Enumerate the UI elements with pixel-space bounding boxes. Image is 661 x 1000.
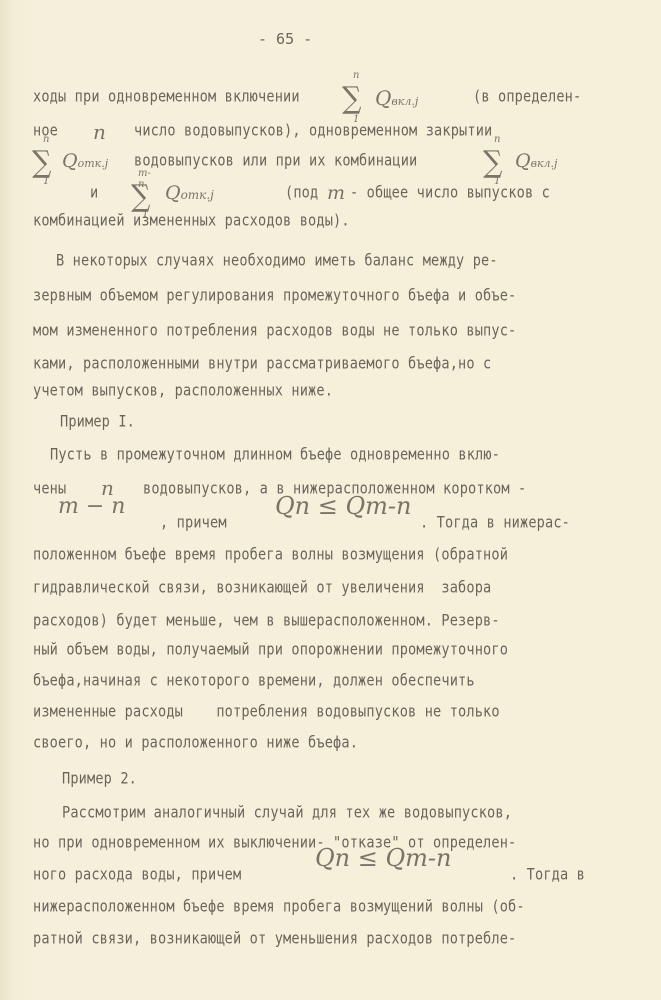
document-page: - 65 - ходы при одновременном включении … xyxy=(0,0,661,1000)
sum-formula: m-n ∑ 1 xyxy=(130,170,151,212)
text-line: нижерасположенном бъефе время пробега во… xyxy=(33,900,525,916)
text-line: ный объем воды, получаемый при опорожнен… xyxy=(33,643,508,659)
text-line: гидравлической связи, возникающей от уве… xyxy=(33,581,491,597)
sigma-icon: ∑ xyxy=(483,148,502,178)
example-heading: Пример 2. xyxy=(62,772,137,788)
text-line: бъефа,начиная с некоторого времени, долж… xyxy=(33,674,475,690)
sum-formula: n ∑ 1 xyxy=(341,70,362,114)
text-line: число водовыпусков), одновременном закры… xyxy=(134,124,492,140)
formula-inequality: Qn ≤ Qm-n xyxy=(315,844,452,872)
text-line: Пусть в промежуточном длинном бъефе одно… xyxy=(50,448,500,464)
formula-term: Qотк.j xyxy=(62,150,108,172)
text-line: . Тогда в xyxy=(510,868,585,884)
text-line: ного расхода воды, причем xyxy=(33,868,241,884)
variable-m: m xyxy=(327,182,345,204)
formula-term: Qотк.j xyxy=(165,182,214,204)
text-line: ратной связи, возникающей от уменьшения … xyxy=(33,932,516,948)
text-line: и xyxy=(90,186,98,202)
sigma-icon: ∑ xyxy=(131,182,150,212)
text-line: Рассмотрим аналогичный случай для тех же… xyxy=(62,806,512,822)
text-line: комбинацией измененных расходов воды). xyxy=(33,214,350,230)
variable-n: n xyxy=(93,120,106,144)
text-line: водовыпусков или при их комбинации xyxy=(134,154,417,170)
formula-term: Qвкл.j xyxy=(515,150,557,172)
formula-term: Qвкл.j xyxy=(375,86,418,110)
text-line: (под xyxy=(285,186,318,202)
text-line: ходы при одновременном включении xyxy=(33,90,300,106)
text-line: своего, но и расположенного ниже бъефа. xyxy=(33,736,358,752)
example-heading: Пример I. xyxy=(60,415,135,431)
page-number: - 65 - xyxy=(258,30,312,48)
text-line: измененные расходы потребления водовыпус… xyxy=(33,705,500,721)
text-line: . Тогда в нижерас- xyxy=(420,516,570,532)
text-line: (в определен- xyxy=(473,90,581,106)
text-line: В некоторых случаях необходимо иметь бал… xyxy=(56,254,498,270)
text-line: расходов) будет меньше, чем в вышераспол… xyxy=(33,614,500,630)
text-line: зервным объемом регулирования промежуточ… xyxy=(33,289,516,305)
text-line: ками, расположенными внутри рассматривае… xyxy=(33,357,491,373)
text-line: положенном бъефе время пробега волны воз… xyxy=(33,548,508,564)
formula-inequality: Qn ≤ Qm-n xyxy=(275,492,412,520)
sum-formula: n ∑ 1 xyxy=(31,138,52,178)
text-line: - общее число выпусков с xyxy=(350,186,550,202)
text-line: мом измененного потребления расходов вод… xyxy=(33,324,516,340)
formula-expression: m − n xyxy=(58,494,125,519)
sigma-icon: ∑ xyxy=(342,84,361,114)
text-line: учетом выпусков, расположенных ниже. xyxy=(33,384,333,400)
text-line: , причем xyxy=(160,516,227,532)
sum-formula: n ∑ 1 xyxy=(482,138,503,178)
sigma-icon: ∑ xyxy=(32,148,51,178)
